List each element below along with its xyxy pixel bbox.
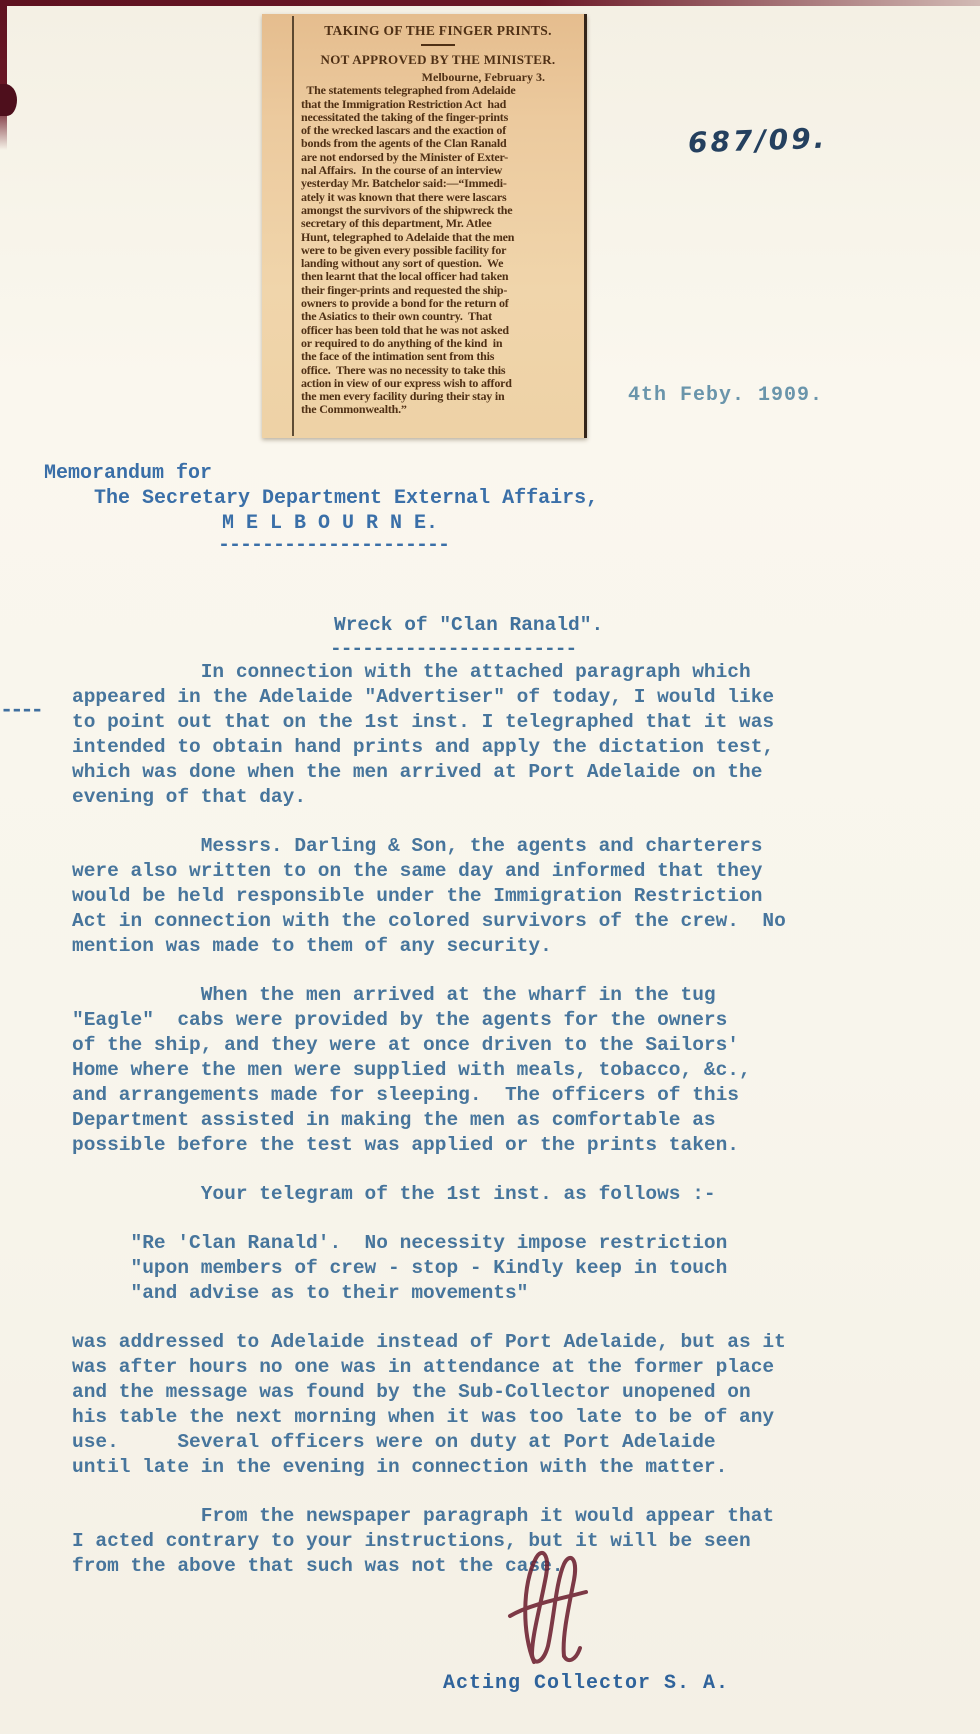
- memo-line: Your telegram of the 1st inst. as follow…: [72, 1182, 786, 1207]
- clipping-line: landing without any sort of question. We: [301, 257, 575, 270]
- memo-line: "Eagle" cabs were provided by the agents…: [72, 1008, 786, 1033]
- clipping-line: then learnt that the local officer had t…: [301, 270, 575, 283]
- memo-line: which was done when the men arrived at P…: [72, 760, 786, 785]
- memo-line: "and advise as to their movements": [72, 1281, 786, 1306]
- clipping-line: were to be given every possible facility…: [301, 244, 575, 257]
- clipping-line: are not endorsed by the Minister of Exte…: [301, 151, 575, 164]
- clipping-line: officer has been told that he was not as…: [301, 324, 575, 337]
- clipping-line: secretary of this department, Mr. Atlee: [301, 217, 575, 230]
- memo-line: evening of that day.: [72, 785, 786, 810]
- clipping-line: or required to do anything of the kind i…: [301, 337, 575, 350]
- clipping-line: that the Immigration Restriction Act had: [301, 98, 575, 111]
- memo-line: "upon members of crew - stop - Kindly ke…: [72, 1256, 786, 1281]
- scan-edge-top: [0, 0, 980, 6]
- clipping-line: bonds from the agents of the Clan Ranald: [301, 137, 575, 150]
- memo-line: mention was made to them of any security…: [72, 934, 786, 959]
- memo-line: "Re 'Clan Ranald'. No necessity impose r…: [72, 1231, 786, 1256]
- memo-line: from the above that such was not the cas…: [72, 1554, 786, 1579]
- document-page: TAKING OF THE FINGER PRINTS. NOT APPROVE…: [0, 0, 980, 1734]
- memo-line: Home where the men were supplied with me…: [72, 1058, 786, 1083]
- clipping-line: yesterday Mr. Batchelor said:—“Immedi-: [301, 177, 575, 190]
- memo-line: Department assisted in making the men as…: [72, 1108, 786, 1133]
- clipping-line: the face of the intimation sent from thi…: [301, 350, 575, 363]
- clipping-line: nal Affairs. In the course of an intervi…: [301, 164, 575, 177]
- clipping-line: Hunt, telegraphed to Adelaide that the m…: [301, 231, 575, 244]
- clipping-line: necessitated the taking of the finger-pr…: [301, 111, 575, 124]
- typed-date: 4th Feby. 1909.: [628, 384, 823, 407]
- memo-paragraph: was addressed to Adelaide instead of Por…: [72, 1330, 786, 1480]
- clipping-content: TAKING OF THE FINGER PRINTS. NOT APPROVE…: [301, 23, 575, 417]
- memo-line: until late in the evening in connection …: [72, 1455, 786, 1480]
- clipping-line: amongst the survivors of the shipwreck t…: [301, 204, 575, 217]
- memo-line: Messrs. Darling & Son, the agents and ch…: [72, 834, 786, 859]
- memo-line: were also written to on the same day and…: [72, 859, 786, 884]
- memo-line: and arrangements made for sleeping. The …: [72, 1083, 786, 1108]
- memo-paragraph: Your telegram of the 1st inst. as follow…: [72, 1182, 786, 1207]
- memo-line: In connection with the attached paragrap…: [72, 660, 786, 685]
- memo-heading-rule: ---------------------: [218, 534, 449, 557]
- clipping-body: The statements telegraphed from Adelaide…: [301, 84, 575, 416]
- memo-line: and the message was found by the Sub-Col…: [72, 1380, 786, 1405]
- memo-line: his table the next morning when it was t…: [72, 1405, 786, 1430]
- clipping-column-rule: [292, 16, 294, 436]
- memo-body: In connection with the attached paragrap…: [72, 660, 786, 1603]
- memo-paragraph: In connection with the attached paragrap…: [72, 660, 786, 810]
- clipping-line: ately it was known that there were lasca…: [301, 191, 575, 204]
- clipping-line: action in view of our express wish to af…: [301, 377, 575, 390]
- memo-subject: Wreck of "Clan Ranald".: [334, 614, 603, 636]
- clipping-divider: [421, 44, 455, 46]
- clipping-line: office. There was no necessity to take t…: [301, 364, 575, 377]
- memo-line: When the men arrived at the wharf in the…: [72, 983, 786, 1008]
- telegram-quote: "Re 'Clan Ranald'. No necessity impose r…: [72, 1231, 786, 1306]
- margin-mark: ----: [0, 698, 41, 723]
- memo-line: use. Several officers were on duty at Po…: [72, 1430, 786, 1455]
- memo-line: intended to obtain hand prints and apply…: [72, 735, 786, 760]
- clipping-line: the Commonwealth.”: [301, 403, 575, 416]
- ink-blot-mark: [0, 84, 17, 116]
- clipping-line: owners to provide a bond for the return …: [301, 297, 575, 310]
- memo-line: I acted contrary to your instructions, b…: [72, 1529, 786, 1554]
- clipping-line: the Asiatics to their own country. That: [301, 310, 575, 323]
- scan-edge-left: [0, 0, 7, 150]
- memo-line: appeared in the Adelaide "Advertiser" of…: [72, 685, 786, 710]
- memo-paragraph: From the newspaper paragraph it would ap…: [72, 1504, 786, 1579]
- newspaper-clipping: TAKING OF THE FINGER PRINTS. NOT APPROVE…: [262, 14, 587, 438]
- memo-line: to point out that on the 1st inst. I tel…: [72, 710, 786, 735]
- clipping-line: of the wrecked lascars and the exaction …: [301, 124, 575, 137]
- memo-line: of the ship, and they were at once drive…: [72, 1033, 786, 1058]
- clipping-line: The statements telegraphed from Adelaide: [301, 84, 575, 97]
- clipping-dateline: Melbourne, February 3.: [301, 71, 575, 84]
- clipping-line: their finger-prints and requested the sh…: [301, 284, 575, 297]
- closing-signature-block: Acting Collector S. A.: [443, 1672, 729, 1695]
- memo-paragraph: When the men arrived at the wharf in the…: [72, 983, 786, 1158]
- memo-heading-line2: The Secretary Department External Affair…: [94, 487, 598, 510]
- clipping-headline: TAKING OF THE FINGER PRINTS.: [301, 23, 575, 39]
- memo-line: was after hours no one was in attendance…: [72, 1355, 786, 1380]
- signature-scribble: [482, 1542, 612, 1672]
- file-number: 687/09.: [687, 122, 827, 160]
- memo-line: was addressed to Adelaide instead of Por…: [72, 1330, 786, 1355]
- memo-heading-line1: Memorandum for: [44, 462, 212, 485]
- memo-line: possible before the test was applied or …: [72, 1133, 786, 1158]
- memo-paragraph: Messrs. Darling & Son, the agents and ch…: [72, 834, 786, 959]
- clipping-subheadline: NOT APPROVED BY THE MINISTER.: [301, 52, 575, 68]
- memo-line: Act in connection with the colored survi…: [72, 909, 786, 934]
- memo-subject-rule: -----------------------: [330, 638, 576, 660]
- signature: [482, 1542, 612, 1672]
- memo-line: From the newspaper paragraph it would ap…: [72, 1504, 786, 1529]
- clipping-line: the men every facility during their stay…: [301, 390, 575, 403]
- memo-heading-line3: M E L B O U R N E.: [222, 512, 438, 535]
- memo-line: would be held responsible under the Immi…: [72, 884, 786, 909]
